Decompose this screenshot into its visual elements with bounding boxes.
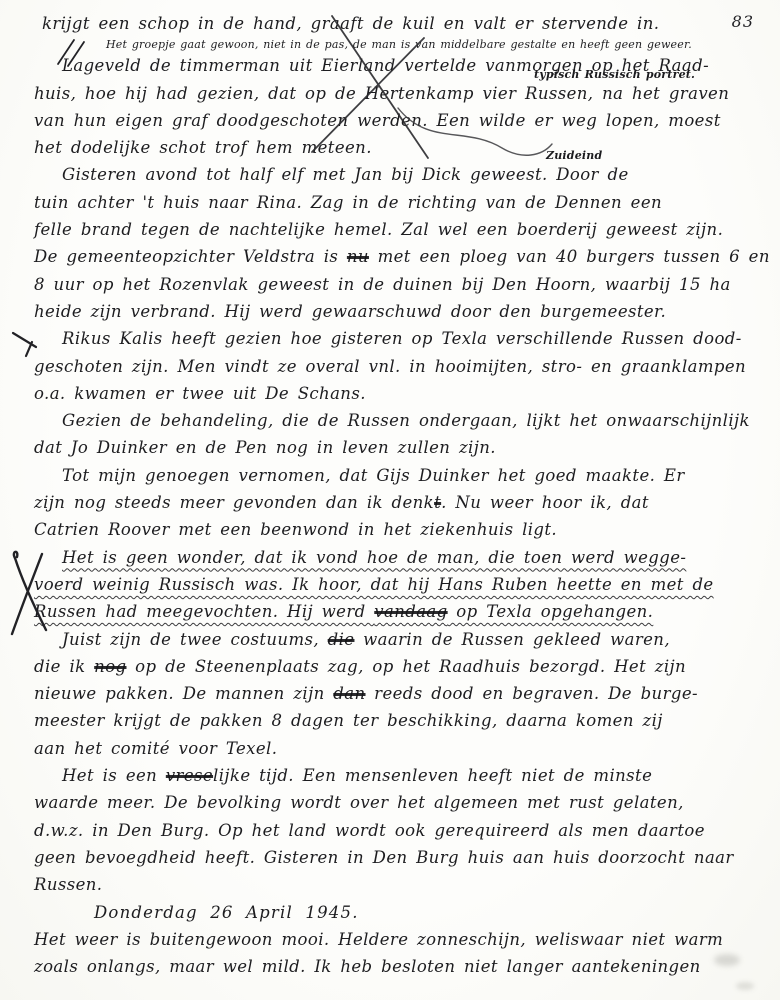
handwritten-line: meester krijgt de pakken 8 dagen ter bes… xyxy=(34,707,762,734)
text-segment: Russen. xyxy=(34,875,102,894)
struck-text-segment: vandaag xyxy=(374,602,447,621)
text-segment: Rikus Kalis heeft gezien hoe gisteren op… xyxy=(62,329,742,348)
text-segment: Gisteren avond tot half elf met Jan bij … xyxy=(62,165,629,184)
handwritten-line: waarde meer. De bevolking wordt over het… xyxy=(34,789,762,816)
text-segment: het dodelijke schot trof hem meteen. xyxy=(34,138,372,157)
text-segment: Tot mijn genoegen vernomen, dat Gijs Dui… xyxy=(62,466,685,485)
text-segment: aan het comité voor Texel. xyxy=(34,739,277,758)
struck-text-segment: dan xyxy=(333,684,365,703)
text-segment: . Nu weer hoor ik, dat xyxy=(441,493,649,512)
handwritten-line: d.w.z. in Den Burg. Op het land wordt oo… xyxy=(34,817,762,844)
handwritten-line: felle brand tegen de nachtelijke hemel. … xyxy=(34,216,762,243)
handwritten-line: Gisteren avond tot half elf met Jan bij … xyxy=(34,161,762,188)
handwritten-line: De gemeenteopzichter Veldstra is nu met … xyxy=(34,243,762,270)
text-segment: op de Steenenplaats zag, op het Raadhuis… xyxy=(127,657,687,676)
text-segment: geen bevoegdheid heeft. Gisteren in Den … xyxy=(34,848,734,867)
struck-text-segment: die xyxy=(328,630,355,649)
text-segment: met een ploeg van 40 burgers tussen 6 en xyxy=(369,247,770,266)
text-segment: Het groepje gaat gewoon, niet in de pas,… xyxy=(106,38,692,51)
handwritten-line: Het weer is buitengewoon mooi. Heldere z… xyxy=(34,926,762,953)
handwritten-line: Juist zijn de twee costuums, die waarin … xyxy=(34,626,762,653)
text-segment: Juist zijn de twee costuums, xyxy=(62,630,328,649)
text-segment: tuin achter 't huis naar Rina. Zag in de… xyxy=(34,193,662,212)
text-segment: geschoten zijn. Men vindt ze overal vnl.… xyxy=(34,357,746,376)
handwritten-line: Russen. xyxy=(34,871,762,898)
text-segment: meester krijgt de pakken 8 dagen ter bes… xyxy=(34,711,663,730)
handwritten-line: dat Jo Duinker en de Pen nog in leven zu… xyxy=(34,434,762,461)
text-segment: die ik xyxy=(34,657,94,676)
text-segment: dat Jo Duinker en de Pen nog in leven zu… xyxy=(34,438,496,457)
text-segment: waarde meer. De bevolking wordt over het… xyxy=(34,793,684,812)
handwritten-line: heide zijn verbrand. Hij werd gewaarschu… xyxy=(34,298,762,325)
text-segment: Catrien Roover met een beenwond in het z… xyxy=(34,520,557,539)
handwritten-line: Russen had meegevochten. Hij werd vandaa… xyxy=(34,598,762,625)
text-segment: Gezien de behandeling, die de Russen ond… xyxy=(62,411,750,430)
text-segment: Het weer is buitengewoon mooi. Heldere z… xyxy=(34,930,723,949)
text-segment: Het is een xyxy=(62,766,166,785)
handwritten-line: Donderdag 26 April 1945. xyxy=(34,899,762,926)
handwritten-line: o.a. kwamen er twee uit De Schans. xyxy=(34,380,762,407)
handwritten-line: Rikus Kalis heeft gezien hoe gisteren op… xyxy=(34,325,762,352)
handwritten-line: Het is geen wonder, dat ik vond hoe de m… xyxy=(34,544,762,571)
scan-smudge xyxy=(714,954,740,966)
struck-text-segment: vrese xyxy=(166,766,213,785)
interline-note: Zuideind xyxy=(546,150,602,161)
handwritten-line: Tot mijn genoegen vernomen, dat Gijs Dui… xyxy=(34,462,762,489)
text-segment: van hun eigen graf doodgeschoten werden.… xyxy=(34,111,721,130)
scan-smudge xyxy=(736,982,754,990)
handwritten-line: Het groepje gaat gewoon, niet in de pas,… xyxy=(34,37,762,52)
handwritten-line: geschoten zijn. Men vindt ze overal vnl.… xyxy=(34,353,762,380)
handwritten-line: zoals onlangs, maar wel mild. Ik heb bes… xyxy=(34,953,762,980)
handwritten-line: huis, hoe hij had gezien, dat op de Hert… xyxy=(34,80,762,107)
struck-text-segment: nu xyxy=(347,247,369,266)
text-segment: krijgt een schop in de hand, graaft de k… xyxy=(42,14,659,33)
handwritten-line: geen bevoegdheid heeft. Gisteren in Den … xyxy=(34,844,762,871)
manuscript-page: { "page": { "number": "83" }, "colors": … xyxy=(0,0,780,1000)
handwritten-line: voerd weinig Russisch was. Ik hoor, dat … xyxy=(34,571,762,598)
text-segment: felle brand tegen de nachtelijke hemel. … xyxy=(34,220,723,239)
text-segment: voerd weinig Russisch was. Ik hoor, dat … xyxy=(34,575,714,594)
text-segment: o.a. kwamen er twee uit De Schans. xyxy=(34,384,366,403)
handwritten-line: Catrien Roover met een beenwond in het z… xyxy=(34,516,762,543)
text-segment: reeds dood en begraven. De burge- xyxy=(366,684,698,703)
text-segment: zoals onlangs, maar wel mild. Ik heb bes… xyxy=(34,957,701,976)
handwritten-line: zijn nog steeds meer gevonden dan ik den… xyxy=(34,489,762,516)
text-segment: waarin de Russen gekleed waren, xyxy=(354,630,670,649)
text-segment: nieuwe pakken. De mannen zijn xyxy=(34,684,333,703)
handwritten-line: tuin achter 't huis naar Rina. Zag in de… xyxy=(34,189,762,216)
handwritten-line: het dodelijke schot trof hem meteen. xyxy=(34,134,762,161)
handwritten-line: 8 uur op het Rozenvlak geweest in de dui… xyxy=(34,271,762,298)
text-segment: Russen had meegevochten. Hij werd xyxy=(34,602,374,621)
text-segment: Het is geen wonder, dat ik vond hoe de m… xyxy=(62,548,686,567)
text-segment: d.w.z. in Den Burg. Op het land wordt oo… xyxy=(34,821,705,840)
handwritten-line: die ik nog op de Steenenplaats zag, op h… xyxy=(34,653,762,680)
text-segment: 8 uur op het Rozenvlak geweest in de dui… xyxy=(34,275,731,294)
handwritten-line: Het is een vreselijke tijd. Een mensenle… xyxy=(34,762,762,789)
manuscript-lines: krijgt een schop in de hand, graaft de k… xyxy=(34,10,762,980)
text-segment: zijn nog steeds meer gevonden dan ik den… xyxy=(34,493,434,512)
handwritten-line: van hun eigen graf doodgeschoten werden.… xyxy=(34,107,762,134)
text-segment: Donderdag 26 April 1945. xyxy=(94,903,359,922)
handwritten-line: nieuwe pakken. De mannen zijn dan reeds … xyxy=(34,680,762,707)
struck-text-segment: nog xyxy=(94,657,126,676)
handwritten-line: krijgt een schop in de hand, graaft de k… xyxy=(34,10,762,37)
text-segment: huis, hoe hij had gezien, dat op de Hert… xyxy=(34,84,729,103)
text-segment: op Texla opgehangen. xyxy=(448,602,654,621)
handwritten-line: aan het comité voor Texel. xyxy=(34,735,762,762)
interline-note: typisch Russisch portret. xyxy=(534,69,695,80)
text-segment: De gemeenteopzichter Veldstra is xyxy=(34,247,347,266)
handwritten-line: Gezien de behandeling, die de Russen ond… xyxy=(34,407,762,434)
text-segment: lijke tijd. Een mensenleven heeft niet d… xyxy=(213,766,652,785)
text-segment: heide zijn verbrand. Hij werd gewaarschu… xyxy=(34,302,666,321)
